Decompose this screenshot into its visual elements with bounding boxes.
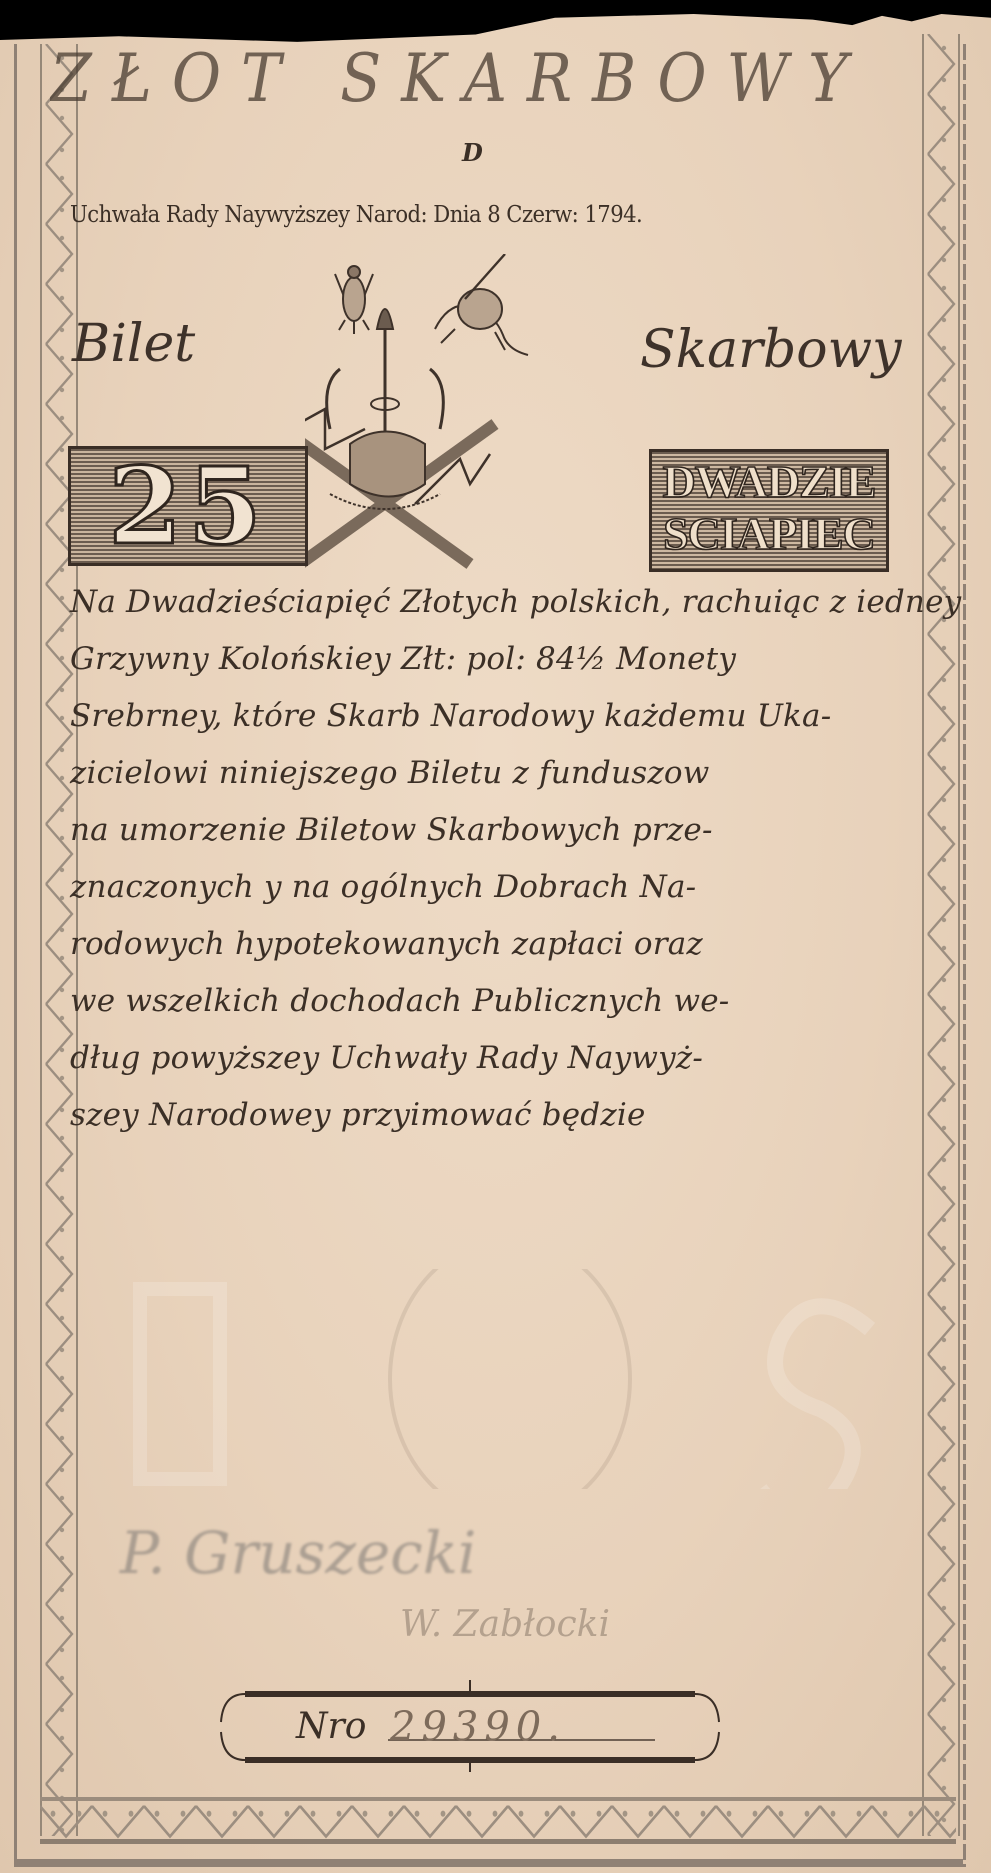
outer-frame-right <box>963 44 966 1867</box>
denomination-numeral: 25 <box>71 443 305 568</box>
body-line: zicielowi niniejszego Biletu z funduszow <box>70 745 900 802</box>
body-line: dług powyższey Uchwały Rady Naywyż- <box>70 1030 900 1087</box>
body-line: Grzywny Kolońskiey Złt: pol: 84½ Monety <box>70 631 900 688</box>
bottom-border-pattern <box>40 1797 956 1844</box>
serial-number: 29390. <box>390 1704 566 1750</box>
body-line: znaczonych y na ogólnych Dobrach Na- <box>70 859 900 916</box>
header-script-title: ZŁOT SKARBOWY <box>50 41 900 118</box>
body-line: na umorzenie Biletow Skarbowych prze- <box>70 802 900 859</box>
resolution-line: Uchwała Rady Naywyższey Narod: Dnia 8 Cz… <box>70 202 834 228</box>
title-skarbowy: Skarbowy <box>640 320 901 380</box>
body-line: Srebrney, które Skarb Narodowy każdemu U… <box>70 688 900 745</box>
denomination-word-2: SCIAPIEC <box>656 508 882 560</box>
coat-of-arms-emblem-icon <box>305 254 655 574</box>
denomination-words-box: DWADZIE SCIAPIEC <box>649 449 889 572</box>
body-line: Na Dwadzieściapięć Złotych polskich, rac… <box>70 574 900 631</box>
body-line: szey Narodowey przyimować będzie <box>70 1087 900 1144</box>
eagle-icon <box>335 266 373 334</box>
denomination-numeral-box: 25 <box>68 446 308 566</box>
series-letter: D <box>462 138 483 167</box>
denomination-word-1: DWADZIE <box>656 456 882 508</box>
title-bilet: Bilet <box>72 314 195 374</box>
body-line: we wszelkich dochodach Publicznych we- <box>70 973 900 1030</box>
banknote-paper: ZŁOT SKARBOWY D Uchwała Rady Naywyższey … <box>0 14 991 1873</box>
horseman-icon <box>435 254 528 355</box>
right-border-pattern <box>922 34 960 1836</box>
promissory-text: Na Dwadzieściapięć Złotych polskich, rac… <box>70 574 900 1144</box>
signature-2: W. Zabłocki <box>400 1604 610 1645</box>
signature-1: P. Gruszecki <box>120 1519 476 1587</box>
serial-prefix: Nro <box>296 1706 366 1747</box>
body-line: rodowych hypotekowanych zapłaci oraz <box>70 916 900 973</box>
watermark-icon <box>130 1269 900 1489</box>
